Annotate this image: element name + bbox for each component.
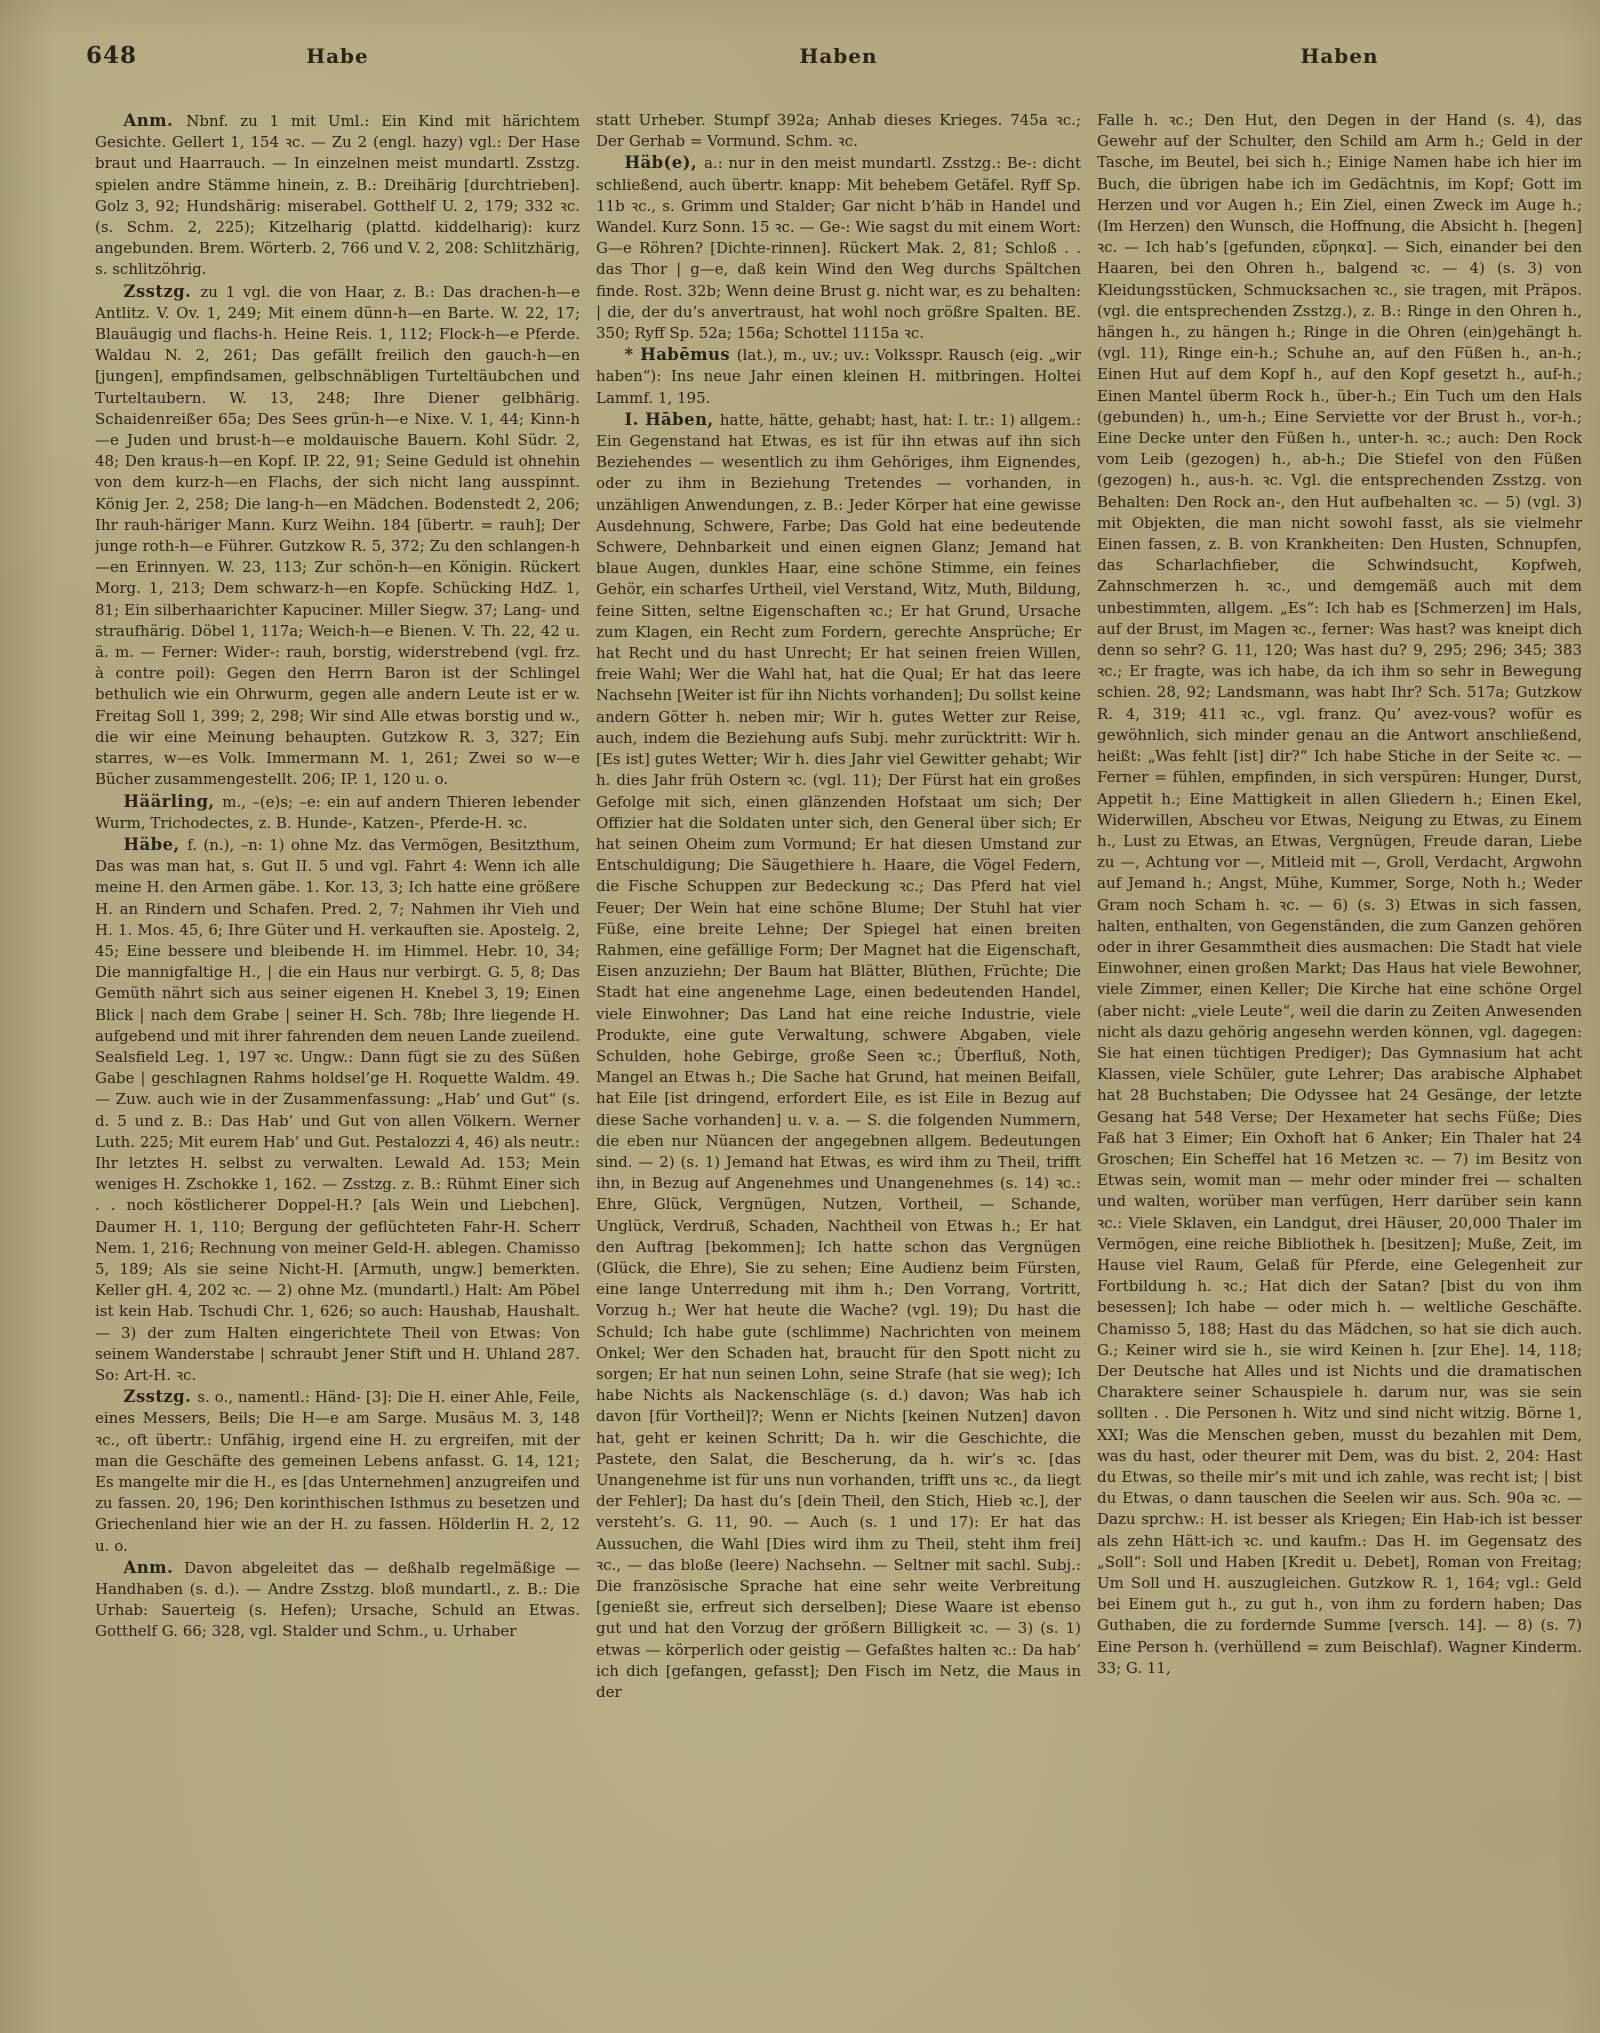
column-header-habe: Habe [95, 44, 580, 68]
dictionary-page: 648 Habe Haben Haben Anm. Nbnf. zu 1 mit… [0, 0, 1600, 2033]
column-header-haben-1: Haben [596, 44, 1081, 68]
entry-headword: Häb(e), [625, 153, 704, 172]
paragraph: Häb(e), a.: nur in den meist mundartl. Z… [596, 152, 1081, 344]
paragraph: Häärling, m., –(e)s; –e: ein auf andern … [95, 791, 580, 834]
text-column-2: statt Urheber. Stumpf 392a; Anhab dieses… [596, 110, 1081, 2033]
entry-headword: Zsstzg. [124, 1387, 198, 1406]
entry-headword: Häärling, [124, 792, 223, 811]
column-header-haben-2: Haben [1097, 44, 1582, 68]
paragraph: Zsstzg. zu 1 vgl. die von Haar, z. B.: D… [95, 281, 580, 791]
paragraph: Zsstzg. s. o., namentl.: Händ- [3]: Die … [95, 1386, 580, 1557]
entry-headword: * Habēmus [625, 345, 737, 364]
paragraph: I. Hāben, hatte, hätte, gehabt; hast, ha… [596, 409, 1081, 1703]
text-column-1: Anm. Nbnf. zu 1 mit Uml.: Ein Kind mit h… [95, 110, 580, 2033]
paragraph: Anm. Nbnf. zu 1 mit Uml.: Ein Kind mit h… [95, 110, 580, 281]
entry-headword: Zsstzg. [124, 282, 201, 301]
entry-headword: Anm. [124, 1558, 185, 1577]
entry-headword: Anm. [124, 111, 187, 130]
entry-headword: Häbe, [124, 835, 188, 854]
paragraph: * Habēmus (lat.), m., uv.; uv.: Volksspr… [596, 344, 1081, 409]
paragraph: statt Urheber. Stumpf 392a; Anhab dieses… [596, 110, 1081, 152]
entry-headword: I. Hāben, [625, 410, 720, 429]
page-content: Anm. Nbnf. zu 1 mit Uml.: Ein Kind mit h… [95, 110, 1582, 2033]
paragraph: Falle h. ꝛc.; Den Hut, den Degen in der … [1097, 110, 1582, 1679]
paragraph: Häbe, f. (n.), –n: 1) ohne Mz. das Vermö… [95, 834, 580, 1386]
running-header: Habe Haben Haben [95, 44, 1582, 68]
text-column-3: Falle h. ꝛc.; Den Hut, den Degen in der … [1097, 110, 1582, 2033]
paragraph: Anm. Davon abgeleitet das — deßhalb rege… [95, 1557, 580, 1643]
